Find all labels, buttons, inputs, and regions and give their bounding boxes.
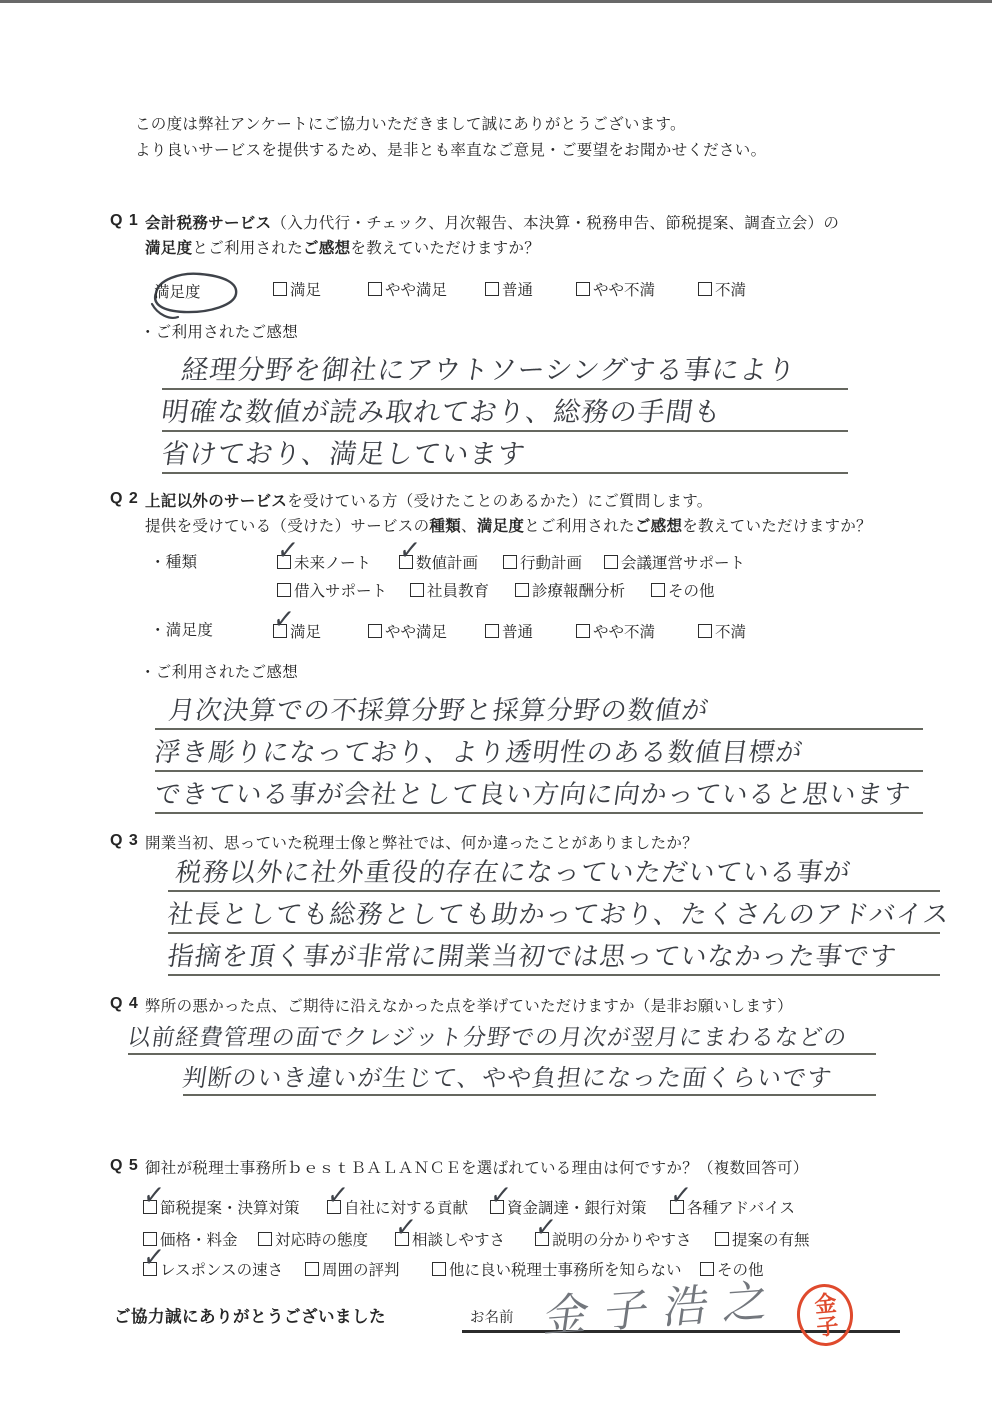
checkbox-square	[143, 1232, 157, 1246]
intro-line-2: より良いサービスを提供するため、是非とも率直なご意見・ご要望をお聞かせください。	[135, 138, 766, 164]
checkbox-label: 普通	[502, 278, 533, 300]
checkbox-label: 普通	[502, 620, 533, 642]
checkbox-square	[715, 1232, 729, 1246]
q1-satisfaction-label-circled: 満足度	[154, 280, 258, 310]
checkbox-q1-yaya-fuman[interactable]: ✓やや不満	[576, 279, 655, 299]
checkbox-label: 節税提案・決算対策	[160, 1196, 300, 1218]
checkbox-label: 診療報酬分析	[532, 579, 625, 601]
checkbox-shuui-hyouban[interactable]: ✓周囲の評判	[305, 1259, 400, 1279]
q4-number: Q 4	[110, 995, 139, 1013]
checkbox-label: 未来ノート	[294, 551, 371, 573]
checkbox-q1-manzoku[interactable]: ✓満足	[273, 279, 321, 299]
checkbox-label: 提案の有無	[732, 1228, 810, 1250]
checkbox-setsuzei-teian[interactable]: ✓節税提案・決算対策	[143, 1197, 300, 1217]
checkbox-square	[143, 1200, 157, 1214]
checkbox-label: その他	[668, 579, 715, 601]
ruled-line: 判断のいき違いが生じて、やや負担になった面くらいです	[183, 1055, 876, 1096]
q5-number: Q 5	[110, 1157, 139, 1175]
checkbox-square	[410, 583, 424, 597]
checkbox-label: 社員教育	[427, 579, 489, 601]
intro-line-1: この度は弊社アンケートにご協力いただきまして誠にありがとうございます。	[135, 112, 766, 138]
checkbox-square	[273, 282, 287, 296]
handwritten-text: 浮き彫りになっており、より透明性のある数値目標が	[152, 732, 805, 769]
handwritten-text: 月次決算での不採算分野と採算分野の数値が	[152, 690, 711, 727]
checkbox-kakushu-advice[interactable]: ✓各種アドバイス	[670, 1197, 795, 1217]
checkbox-label: 数値計画	[416, 551, 478, 573]
checkbox-label: 行動計画	[520, 551, 582, 573]
checkbox-shinryou-bunseki[interactable]: ✓診療報酬分析	[515, 580, 625, 600]
checkbox-label: 各種アドバイス	[687, 1196, 795, 1218]
ruled-line: 経理分野を御社にアウトソーシングする事により	[162, 348, 848, 390]
checkbox-square	[698, 624, 712, 638]
checkbox-label: 相談しやすさ	[412, 1228, 505, 1250]
checkbox-q2-yaya-fuman[interactable]: ✓やや不満	[576, 621, 655, 641]
checkbox-setsumei-wakariyasusa[interactable]: ✓説明の分かりやすさ	[535, 1229, 692, 1249]
checkbox-kaigi-unei-support[interactable]: ✓会議運営サポート	[604, 552, 745, 572]
checkbox-square	[670, 1200, 684, 1214]
checkbox-label: 不満	[715, 278, 746, 300]
q1-comment-label: ・ご利用されたご感想	[140, 320, 298, 346]
checkbox-square	[395, 1232, 409, 1246]
q1-number: Q 1	[110, 212, 139, 230]
checkbox-q1-futsuu[interactable]: ✓普通	[485, 279, 533, 299]
checkbox-square	[277, 583, 291, 597]
q3-answer-area: 税務以外に社外重役的存在になっていただいている事が 社長としても総務としても助か…	[168, 850, 940, 976]
checkbox-square	[327, 1200, 341, 1214]
checkbox-square	[604, 555, 618, 569]
checkbox-taiou-taido[interactable]: ✓対応時の態度	[258, 1229, 368, 1249]
handwritten-text: 社長としても総務としても助かっており、たくさんのアドバイス	[165, 894, 952, 931]
checkbox-square	[503, 555, 517, 569]
checkbox-q1-yaya-manzoku[interactable]: ✓やや満足	[368, 279, 447, 299]
checkbox-square	[535, 1232, 549, 1246]
checkbox-label: 会議運営サポート	[621, 551, 745, 573]
checkbox-q2-yaya-manzoku[interactable]: ✓やや満足	[368, 621, 447, 641]
intro-text: この度は弊社アンケートにご協力いただきまして誠にありがとうございます。 より良い…	[135, 112, 766, 164]
q1-satisfaction-label: 満足度	[154, 284, 201, 301]
checkbox-kariire-support[interactable]: ✓借入サポート	[277, 580, 387, 600]
checkbox-label: 借入サポート	[294, 579, 387, 601]
checkbox-square	[368, 282, 382, 296]
checkbox-square	[576, 282, 590, 296]
checkbox-q2-fuman[interactable]: ✓不満	[698, 621, 746, 641]
checkbox-label: 満足	[290, 278, 321, 300]
q1-title: 会計税務サービス（入力代行・チェック、月次報告、本決算・税務申告、節税提案、調査…	[145, 211, 885, 261]
checkbox-kakaku-ryoukin[interactable]: ✓価格・料金	[143, 1229, 238, 1249]
checkbox-square	[399, 555, 413, 569]
checkbox-square	[515, 583, 529, 597]
checkbox-q2-futsuu[interactable]: ✓普通	[485, 621, 533, 641]
checkbox-square	[305, 1262, 319, 1276]
checkbox-sonota-kind[interactable]: ✓その他	[651, 580, 715, 600]
checkbox-shikin-choutatsu[interactable]: ✓資金調達・銀行対策	[490, 1197, 647, 1217]
q1-title-line2: 満足度とご利用されたご感想を教えていただけますか？	[145, 236, 885, 261]
q2-number: Q 2	[110, 490, 139, 508]
checkbox-label: 説明の分かりやすさ	[552, 1228, 692, 1250]
q2-title-line2: 提供を受けている（受けた）サービスの種類、満足度とご利用されたご感想を教えていた…	[145, 514, 935, 539]
q2-kind-label: ・種類	[150, 550, 197, 576]
checkbox-square	[368, 624, 382, 638]
checkbox-jisha-kouken[interactable]: ✓自社に対する貢献	[327, 1197, 468, 1217]
q2-answer-area: 月次決算での不採算分野と採算分野の数値が 浮き彫りになっており、より透明性のある…	[155, 688, 923, 814]
checkbox-label: 資金調達・銀行対策	[507, 1196, 647, 1218]
checkbox-suuchi-keikaku[interactable]: ✓数値計画	[399, 552, 478, 572]
handwritten-text: できている事が会社として良い方向に向かっていると思います	[152, 774, 913, 811]
handwritten-text: 税務以外に社外重役的存在になっていただいている事が	[165, 852, 853, 889]
checkbox-shain-kyouiku[interactable]: ✓社員教育	[410, 580, 489, 600]
checkbox-response-hayasa[interactable]: ✓レスポンスの速さ	[143, 1259, 283, 1279]
checkbox-label: 自社に対する貢献	[344, 1196, 468, 1218]
q2-title: 上記以外のサービスを受けている方（受けたことのあるかた）にご質問します。 提供を…	[145, 489, 935, 539]
thanks-text: ご協力誠にありがとうございました	[114, 1303, 386, 1327]
q3-number: Q 3	[110, 832, 139, 850]
ruled-line: 税務以外に社外重役的存在になっていただいている事が	[168, 850, 940, 892]
ruled-line: 社長としても総務としても助かっており、たくさんのアドバイス	[168, 892, 940, 934]
q5-title: 御社が税理士事務所ｂｅｓｔＢＡＬＡＮＣＥを選ばれている理由は何ですか？（複数回答…	[145, 1156, 809, 1181]
checkbox-label: レスポンスの速さ	[160, 1258, 283, 1280]
ruled-line: できている事が会社として良い方向に向かっていると思います	[155, 772, 923, 814]
q2-comment-label: ・ご利用されたご感想	[140, 660, 298, 686]
checkbox-square	[432, 1262, 446, 1276]
ruled-line: 以前経費管理の面でクレジット分野での月次が翌月にまわるなどの	[128, 1014, 876, 1055]
checkbox-square	[273, 624, 287, 638]
checkbox-q1-fuman[interactable]: ✓不満	[698, 279, 746, 299]
checkbox-square	[277, 555, 291, 569]
checkbox-square	[698, 282, 712, 296]
q2-satisfaction-label: ・満足度	[150, 618, 213, 644]
handwritten-text: 経理分野を御社にアウトソーシングする事により	[159, 348, 799, 387]
checkbox-square	[485, 624, 499, 638]
checkbox-label: 周囲の評判	[322, 1258, 400, 1280]
checkbox-label: 満足	[290, 620, 321, 642]
hanko-stamp: 金子	[794, 1282, 855, 1349]
checkbox-label: 価格・料金	[160, 1228, 238, 1250]
checkbox-square	[485, 282, 499, 296]
checkbox-square	[576, 624, 590, 638]
q1-answer-area: 経理分野を御社にアウトソーシングする事により 明確な数値が読み取れており、総務の…	[162, 348, 848, 474]
ruled-line: 明確な数値が読み取れており、総務の手間も	[162, 390, 848, 432]
handwritten-text: 以前経費管理の面でクレジット分野での月次が翌月にまわるなどの	[126, 1019, 850, 1052]
name-label: お名前	[470, 1306, 514, 1327]
ruled-line: 浮き彫りになっており、より透明性のある数値目標が	[155, 730, 923, 772]
checkbox-label: 対応時の態度	[275, 1228, 368, 1250]
checkbox-koudou-keikaku[interactable]: ✓行動計画	[503, 552, 582, 572]
q2-title-line1: 上記以外のサービスを受けている方（受けたことのあるかた）にご質問します。	[145, 489, 935, 514]
ruled-line: 省けており、満足しています	[162, 432, 848, 474]
checkbox-label: 不満	[715, 620, 746, 642]
checkbox-teian-umu[interactable]: ✓提案の有無	[715, 1229, 810, 1249]
checkbox-label: やや不満	[593, 278, 655, 300]
handwritten-text: 省けており、満足しています	[159, 432, 528, 471]
checkbox-label: やや不満	[593, 620, 655, 642]
checkbox-square	[490, 1200, 504, 1214]
handwritten-text: 指摘を頂く事が非常に開業当初では思っていなかった事です	[165, 936, 899, 973]
checkbox-q2-manzoku[interactable]: ✓満足	[273, 621, 321, 641]
checkbox-square	[143, 1262, 157, 1276]
handwritten-text: 判断のいき違いが生じて、やや負担になった面くらいです	[181, 1058, 835, 1093]
ruled-line: 指摘を頂く事が非常に開業当初では思っていなかった事です	[168, 934, 940, 976]
hanko-stamp-text: 金子	[812, 1291, 838, 1339]
scan-artifact-top	[0, 0, 992, 3]
handwritten-text: 明確な数値が読み取れており、総務の手間も	[159, 390, 724, 429]
checkbox-label: やや満足	[385, 278, 447, 300]
ruled-line: 月次決算での不採算分野と採算分野の数値が	[155, 688, 923, 730]
checkbox-label: やや満足	[385, 620, 447, 642]
checkbox-mirai-note[interactable]: ✓未来ノート	[277, 552, 371, 572]
checkbox-square	[651, 583, 665, 597]
q4-answer-area: 以前経費管理の面でクレジット分野での月次が翌月にまわるなどの 判断のいき違いが生…	[128, 1014, 876, 1096]
checkbox-square	[258, 1232, 272, 1246]
checkbox-soudan-shiyasusa[interactable]: ✓相談しやすさ	[395, 1229, 505, 1249]
q1-title-line1: 会計税務サービス（入力代行・チェック、月次報告、本決算・税務申告、節税提案、調査…	[145, 211, 885, 236]
